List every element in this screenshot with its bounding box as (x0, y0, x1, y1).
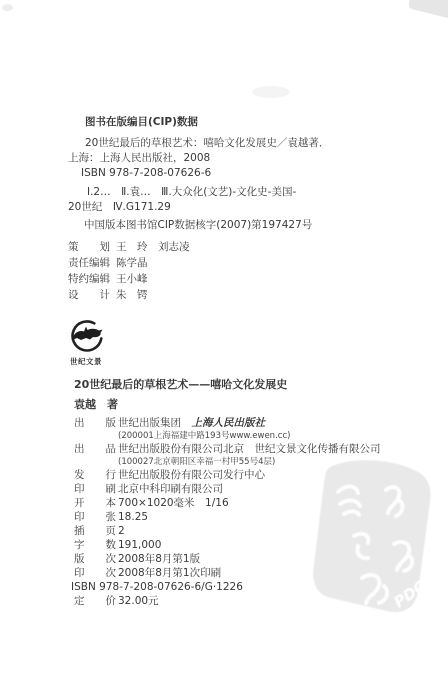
credit-row: 设 计朱 锷 (68, 288, 190, 304)
colophon-row: 出 版世纪出版集团 上海人民出版社 (74, 417, 381, 431)
publisher-script-name: 上海人民出版社 (192, 417, 266, 429)
book-author: 袁越 著 (74, 396, 287, 412)
colophon-label: 版 次 (74, 553, 118, 566)
colophon-value: 191,000 (118, 539, 161, 551)
pdg-watermark: PDG (298, 452, 448, 622)
cip-block: 图书在版编目(CIP)数据 20世纪最后的草根艺术：嘻哈文化发展史／袁越著． 上… (68, 116, 413, 232)
colophon-entry: 出 版世纪出版集团 上海人民出版社 (200001上海福建中路193号www.e… (74, 417, 381, 443)
cip-classification-line2: 20世纪 Ⅳ.G171.29 (68, 201, 413, 214)
credit-person-name: 陈学晶 (116, 257, 148, 269)
colophon-address: (200001上海福建中路193号www.ewen.cc) (118, 431, 381, 443)
colophon-label: 定 价 (74, 595, 118, 608)
colophon-label: 印 刷 (74, 483, 118, 496)
colophon-label: 发 行 (74, 469, 118, 482)
scan-smudge-top-left (2, 4, 13, 11)
staff-credits: 策 划王 玲 刘志凌 责任编辑陈学晶 特约编辑王小峰 设 计朱 锷 (68, 240, 190, 304)
colophon-value: 18.25 (118, 511, 148, 523)
credit-row: 特约编辑王小峰 (68, 272, 190, 288)
cip-classification-line1: Ⅰ.2… Ⅱ.袁… Ⅲ.大众化(文艺)-文化史-美国- (87, 186, 413, 199)
cip-header: 图书在版编目(CIP)数据 (85, 116, 413, 129)
colophon-label: 插 页 (74, 525, 118, 538)
colophon-label: 印 次 (74, 567, 118, 580)
colophon-label: 开 本 (74, 497, 118, 510)
title-block: 20世纪最后的草根艺术——嘻哈文化发展史 袁越 著 (74, 376, 287, 412)
colophon-label: 出 版 (74, 417, 118, 430)
colophon-value: 北京中科印刷有限公司 (118, 483, 223, 495)
credit-row: 责任编辑陈学晶 (68, 256, 190, 272)
credit-person-name: 朱 锷 (116, 289, 148, 301)
publisher-brand: 世纪文景 (61, 316, 111, 367)
credit-role-label: 责任编辑 (68, 256, 116, 270)
colophon-label: 印 张 (74, 511, 118, 524)
credit-role-label: 策 划 (68, 240, 116, 254)
horse-rider-circle-icon (62, 316, 110, 355)
colophon-value: 700×1020毫米 1/16 (118, 497, 229, 509)
credit-role-label: 特约编辑 (68, 272, 116, 286)
credit-person-name: 王小峰 (116, 273, 148, 285)
credit-role-label: 设 计 (68, 288, 116, 302)
cip-isbn: ISBN 978-7-208-07626-6 (81, 167, 413, 180)
colophon-value: 2008年8月第1版 (118, 553, 200, 565)
scan-smudge-top-right (408, 0, 448, 19)
colophon-label: 出 品 (74, 443, 118, 456)
colophon-value: 2 (118, 525, 125, 537)
colophon-value: ISBN 978-7-208-07626-6/G·1226 (71, 581, 243, 593)
cip-record-number: 中国版本图书馆CIP数据核字(2007)第197427号 (84, 219, 413, 232)
colophon-value: 世纪出版股份有限公司发行中心 (118, 469, 265, 481)
book-title: 20世纪最后的草根艺术——嘻哈文化发展史 (74, 376, 287, 392)
colophon-value: 2008年8月第1次印刷 (118, 567, 221, 579)
cip-publisher-line: 上海：上海人民出版社，2008 (68, 152, 413, 165)
brand-name: 世纪文景 (61, 356, 111, 367)
colophon-value: 32.00元 (118, 595, 159, 607)
colophon-label: 字 数 (74, 539, 118, 552)
cip-title-line: 20世纪最后的草根艺术：嘻哈文化发展史／袁越著． (85, 137, 413, 150)
colophon-value: 世纪出版集团 (118, 417, 192, 429)
credit-person-name: 王 玲 刘志凌 (116, 241, 190, 253)
credit-row: 策 划王 玲 刘志凌 (68, 240, 190, 256)
scan-smudge-mid (252, 86, 290, 98)
book-copyright-page: 图书在版编目(CIP)数据 20世纪最后的草根艺术：嘻哈文化发展史／袁越著． 上… (0, 0, 448, 682)
